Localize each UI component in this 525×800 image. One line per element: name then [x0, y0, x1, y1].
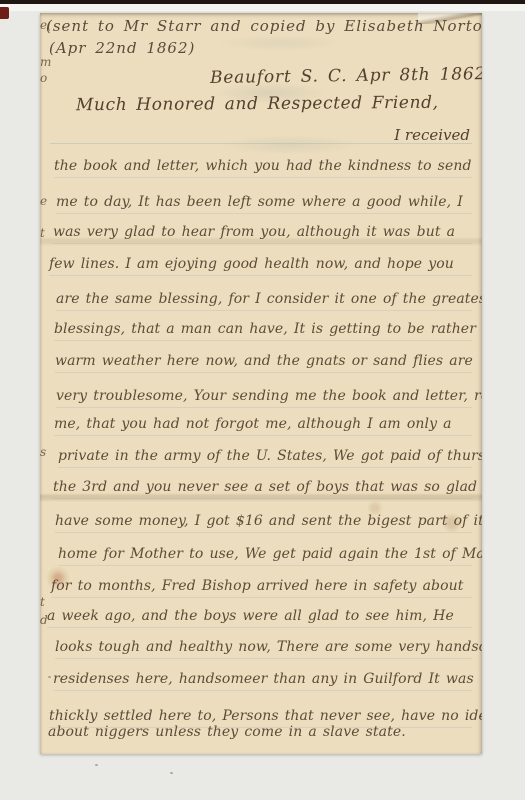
edge-mark: t: [40, 595, 45, 609]
edge-mark: e: [40, 194, 47, 208]
dust-speck: [48, 676, 51, 678]
letter-line: are the same blessing, for I consider it…: [56, 291, 472, 311]
letter-line: about niggers unless they come in a slav…: [48, 724, 472, 743]
letter-page: (sent to Mr Starr and copied by Elisabet…: [40, 13, 482, 754]
edge-mark: m: [40, 55, 51, 69]
pencil-annotation-line-2: (Apr 22nd 1862): [49, 39, 195, 57]
red-corner-mark: [0, 7, 9, 19]
letter-line: me to day, It has been left some where a…: [56, 194, 472, 214]
letter-line: the 3rd and you never see a set of boys …: [53, 479, 472, 499]
dust-speck: [170, 772, 173, 774]
letter-line: looks tough and healthy now, There are s…: [55, 639, 472, 659]
pencil-annotation-line-1: (sent to Mr Starr and copied by Elisabet…: [46, 17, 482, 35]
scanned-letter-background: (sent to Mr Starr and copied by Elisabet…: [0, 0, 525, 800]
salutation: Much Honored and Respected Friend,: [76, 93, 439, 116]
letter-line: for to months, Fred Bishop arrived here …: [51, 578, 472, 598]
letter-line: private in the army of the U. States, We…: [58, 448, 472, 468]
letter-line: was very glad to hear from you, although…: [53, 224, 472, 244]
edge-mark: o: [40, 71, 47, 85]
letter-line: warm weather here now, and the gnats or …: [55, 353, 472, 373]
edge-mark: e(: [40, 18, 52, 32]
edge-mark: t: [40, 226, 45, 240]
letter-line: few lines. I am ejoying good health now,…: [49, 256, 472, 276]
letter-line: blessings, that a man can have, It is ge…: [54, 321, 472, 341]
opening-line: I received: [394, 126, 470, 144]
letter-line: home for Mother to use, We get paid agai…: [58, 546, 472, 566]
edge-mark: s: [40, 445, 46, 459]
letter-line: have some money, I got $16 and sent the …: [55, 513, 472, 533]
letter-line: a week ago, and the boys were all glad t…: [47, 608, 472, 628]
scanner-white-band: [0, 4, 525, 11]
dateline: Beaufort S. C. Apr 8th 1862.: [210, 64, 482, 88]
letter-line: residenses here, handsomeer than any in …: [53, 671, 472, 691]
letter-line: very troublesome, Your sending me the bo…: [56, 388, 472, 408]
dust-speck: [95, 764, 98, 766]
letter-line: me, that you had not forgot me, although…: [54, 416, 472, 436]
letter-line: the book and letter, which you had the k…: [54, 158, 472, 178]
